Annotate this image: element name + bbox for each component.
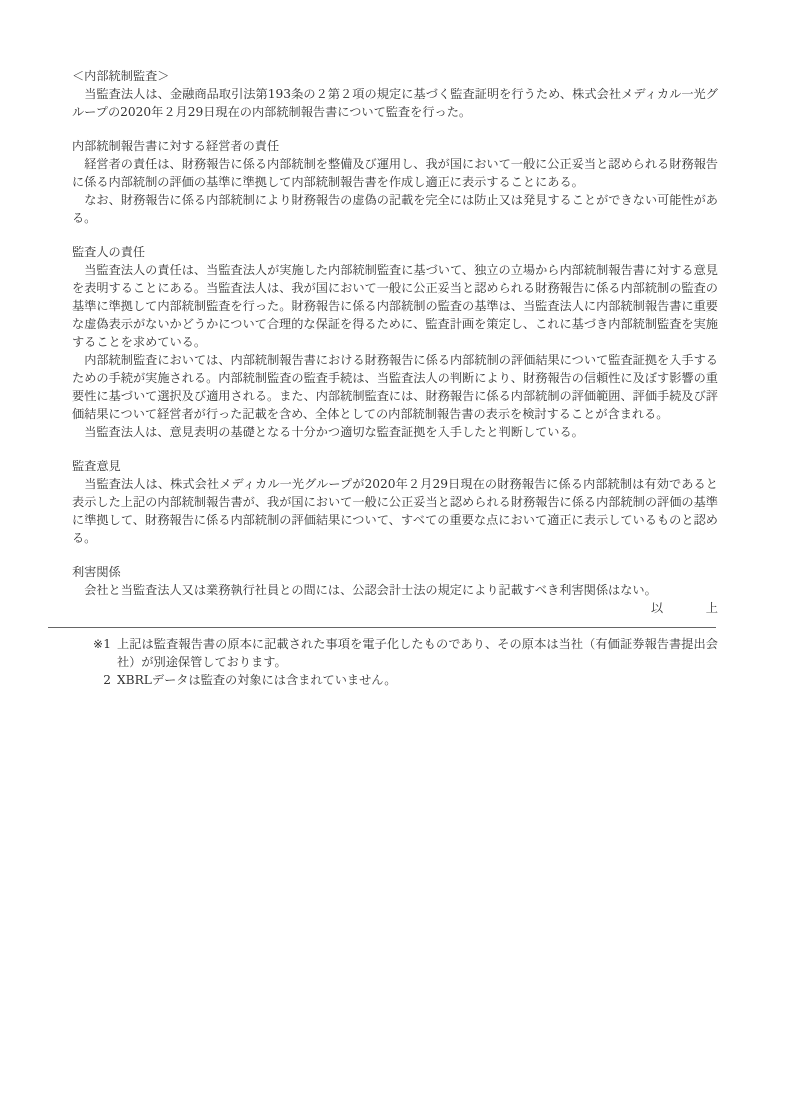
paragraph: 経営者の責任は、財務報告に係る内部統制を整備及び運用し、我が国において一般に公正… xyxy=(72,155,718,191)
section-heading-auditor-responsibility: 監査人の責任 xyxy=(72,243,718,261)
paragraph: 会社と当監査法人又は業務執行社員との間には、公認会計士法の規定により記載すべき利… xyxy=(72,581,718,599)
footnote-divider xyxy=(48,627,716,628)
paragraph: なお、財務報告に係る内部統制により財務報告の虚偽の記載を完全には防止又は発見する… xyxy=(72,191,718,227)
section-heading-management-responsibility: 内部統制報告書に対する経営者の責任 xyxy=(72,137,718,155)
footnote-text: XBRLデータは監査の対象には含まれていません。 xyxy=(117,671,718,689)
closing-statement-text: 以 上 xyxy=(651,601,733,615)
footnote-item: ※1 上記は監査報告書の原本に記載された事項を電子化したものであり、その原本は当… xyxy=(85,635,718,671)
section-heading-conflict-of-interest: 利害関係 xyxy=(72,563,718,581)
section-heading-audit-opinion: 監査意見 xyxy=(72,457,718,475)
paragraph: 当監査法人の責任は、当監査法人が実施した内部統制監査に基づいて、独立の立場から内… xyxy=(72,261,718,351)
paragraph: 内部統制監査においては、内部統制報告書における財務報告に係る内部統制の評価結果に… xyxy=(72,351,718,423)
paragraph: 当監査法人は、株式会社メディカル一光グループが2020年２月29日現在の財務報告… xyxy=(72,475,718,547)
closing-statement: 以 上 xyxy=(72,599,718,617)
footnotes: ※1 上記は監査報告書の原本に記載された事項を電子化したものであり、その原本は当… xyxy=(72,635,718,689)
footnote-marker: ※1 xyxy=(85,635,111,653)
footnote-marker: 2 xyxy=(85,671,111,689)
audit-report-page: ＜内部統制監査＞ 当監査法人は、金融商品取引法第193条の２第２項の規定に基づく… xyxy=(0,0,790,1118)
doc-title: ＜内部統制監査＞ xyxy=(72,67,718,85)
footnote-item: 2 XBRLデータは監査の対象には含まれていません。 xyxy=(85,671,718,689)
footnote-text: 上記は監査報告書の原本に記載された事項を電子化したものであり、その原本は当社（有… xyxy=(117,635,718,671)
paragraph: 当監査法人は、意見表明の基礎となる十分かつ適切な監査証拠を入手したと判断している… xyxy=(72,423,718,441)
paragraph: 当監査法人は、金融商品取引法第193条の２第２項の規定に基づく監査証明を行うため… xyxy=(72,85,718,121)
